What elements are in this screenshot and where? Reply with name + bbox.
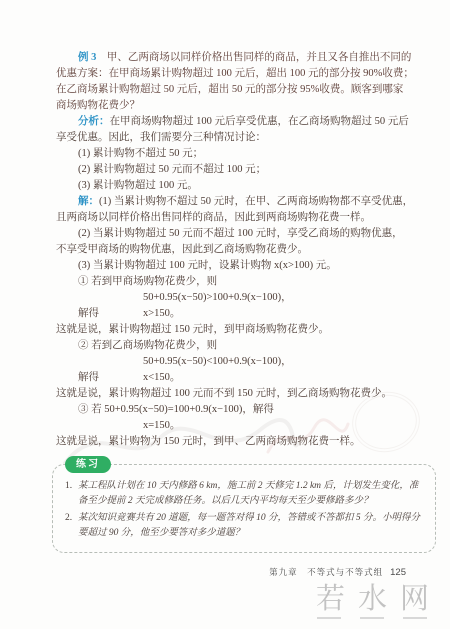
example-solution-block: 例 3 甲、乙两商场以同样价格出售同样的商品，并且又各自推出不同的优惠方案：在甲… [56, 50, 414, 553]
practice-item-number: 2. [65, 511, 78, 540]
content-text: (3) 当累计购物超过 100 元时，设累计购物 x(x>100) 元。 [78, 260, 337, 271]
formula-line: x=150。 [56, 418, 414, 434]
page-number: 125 [390, 567, 406, 578]
solve-label: 解得 [78, 308, 99, 319]
watermark-subtext [303, 617, 442, 619]
text-line: (1) 累计购物不超过 50 元； [56, 146, 414, 162]
content-text: ③ 若 50+0.95(x−50)=100+0.9(x−100)，解得 [78, 404, 274, 415]
text-line: ③ 若 50+0.95(x−50)=100+0.9(x−100)，解得 [56, 402, 414, 418]
label-text: 例 3 [78, 52, 96, 63]
text-line: (3) 累计购物超过 100 元。 [56, 178, 414, 194]
chapter-title: 第九章 不等式与不等式组 [269, 567, 383, 577]
content-text: ② 若到乙商场购物花费少，则 [78, 340, 217, 351]
content-text: 且两商场以同样价格出售同样的商品，因此到两商场购物花费一样。 [56, 212, 371, 223]
practice-box: 练习 1.某工程队计划在 10 天内修路 6 km，施工前 2 天修完 1.2 … [52, 464, 436, 553]
practice-item-number: 1. [65, 479, 78, 508]
paragraph-area: 例 3 甲、乙两商场以同样价格出售同样的商品，并且又各自推出不同的优惠方案：在甲… [56, 50, 414, 450]
watermark-text: 若水网 [303, 584, 442, 614]
content-text: 商场购物花费少？ [56, 100, 140, 111]
text-line: 商场购物花费少？ [56, 98, 414, 114]
text-line: 享受优惠。因此，我们需要分三种情况讨论： [56, 130, 414, 146]
content-text: 优惠方案：在甲商场累计购物超过 100 元后，超出 100 元的部分按 90%收… [56, 68, 414, 79]
practice-list: 1.某工程队计划在 10 天内修路 6 km，施工前 2 天修完 1.2 km … [65, 479, 423, 540]
content-text: (2) 累计购物超过 50 元而不超过 100 元； [78, 164, 266, 175]
content-text: x=150。 [143, 420, 180, 431]
text-line: 优惠方案：在甲商场累计购物超过 100 元后，超出 100 元的部分按 90%收… [56, 66, 414, 82]
content-text: (3) 累计购物超过 100 元。 [78, 180, 198, 191]
page-footer: 第九章 不等式与不等式组125 [269, 566, 406, 578]
text-line: 在乙商场累计购物超过 50 元后，超出 50 元的部分按 95%收费。顾客到哪家 [56, 82, 414, 98]
content-text: 在乙商场累计购物超过 50 元后，超出 50 元的部分按 95%收费。顾客到哪家 [56, 84, 403, 95]
textbook-page: 例 3 甲、乙两商场以同样价格出售同样的商品，并且又各自推出不同的优惠方案：在甲… [0, 0, 450, 629]
practice-item-text: 某次知识竞赛共有 20 道题，每一题答对得 10 分，答错或不答都扣 5 分。小… [78, 511, 423, 540]
content-text: 享受优惠。因此，我们需要分三种情况讨论： [56, 132, 266, 143]
text-line: 分析：在甲商场购物超过 100 元后享受优惠，在乙商场购物超过 50 元后 [56, 114, 414, 130]
solve-value: x>150。 [143, 308, 180, 319]
content-text: (1) 当累计购物不超过 50 元时，在甲、乙两商场购物都不享受优惠， [99, 196, 413, 207]
text-line: ② 若到乙商场购物花费少，则 [56, 338, 414, 354]
solve-line: 解得x>150。 [56, 306, 414, 322]
content-text: 在甲商场购物超过 100 元后享受优惠，在乙商场购物超过 50 元后 [110, 116, 409, 127]
text-line: 解：(1) 当累计购物不超过 50 元时，在甲、乙两商场购物都不享受优惠， [56, 194, 414, 210]
solve-value: x<150。 [143, 372, 180, 383]
content-text: 这就是说，累计购物超过 150 元时，到甲商场购物花费少。 [56, 324, 329, 335]
text-line: ① 若到甲商场购物花费少，则 [56, 274, 414, 290]
solve-line: 解得x<150。 [56, 370, 414, 386]
content-text: 这就是说，累计购物超过 100 元而不到 150 元时，到乙商场购物花费少。 [56, 388, 392, 399]
content-text: ① 若到甲商场购物花费少，则 [78, 276, 217, 287]
solve-label: 解得 [78, 372, 99, 383]
text-line: 这就是说，累计购物超过 150 元时，到甲商场购物花费少。 [56, 322, 414, 338]
content-text: (1) 累计购物不超过 50 元； [78, 148, 203, 159]
practice-badge: 练习 [65, 456, 111, 473]
content-text: 50+0.95(x−50)>100+0.9(x−100)， [143, 292, 292, 303]
content-text: (2) 当累计购物超过 50 元而不超过 100 元时，享受乙商场的购物优惠， [78, 228, 403, 239]
text-line: (3) 当累计购物超过 100 元时，设累计购物 x(x>100) 元。 [56, 258, 414, 274]
label-text: 解： [78, 196, 99, 207]
text-line: 这就是说，累计购物超过 100 元而不到 150 元时，到乙商场购物花费少。 [56, 386, 414, 402]
content-text: 甲、乙两商场以同样价格出售同样的商品，并且又各自推出不同的 [96, 52, 411, 63]
formula-line: 50+0.95(x−50)<100+0.9(x−100)， [56, 354, 414, 370]
content-text: 50+0.95(x−50)<100+0.9(x−100)， [143, 356, 292, 367]
practice-item: 1.某工程队计划在 10 天内修路 6 km，施工前 2 天修完 1.2 km … [65, 479, 423, 508]
text-line: 且两商场以同样价格出售同样的商品，因此到两商场购物花费一样。 [56, 210, 414, 226]
practice-item: 2.某次知识竞赛共有 20 道题，每一题答对得 10 分，答错或不答都扣 5 分… [65, 511, 423, 540]
text-line: (2) 累计购物超过 50 元而不超过 100 元； [56, 162, 414, 178]
site-watermark: 若水网 [303, 584, 442, 619]
content-text: 不享受甲商场的购物优惠，因此到乙商场购物花费少。 [56, 244, 308, 255]
content-text: 这就是说，累计购物为 150 元时，到甲、乙两商场购物花费一样。 [56, 436, 361, 447]
text-line: 不享受甲商场的购物优惠，因此到乙商场购物花费少。 [56, 242, 414, 258]
text-line: 这就是说，累计购物为 150 元时，到甲、乙两商场购物花费一样。 [56, 434, 414, 450]
practice-item-text: 某工程队计划在 10 天内修路 6 km，施工前 2 天修完 1.2 km 后，… [78, 479, 423, 508]
formula-line: 50+0.95(x−50)>100+0.9(x−100)， [56, 290, 414, 306]
text-line: (2) 当累计购物超过 50 元而不超过 100 元时，享受乙商场的购物优惠， [56, 226, 414, 242]
text-line: 例 3 甲、乙两商场以同样价格出售同样的商品，并且又各自推出不同的 [56, 50, 414, 66]
label-text: 分析： [78, 116, 110, 127]
